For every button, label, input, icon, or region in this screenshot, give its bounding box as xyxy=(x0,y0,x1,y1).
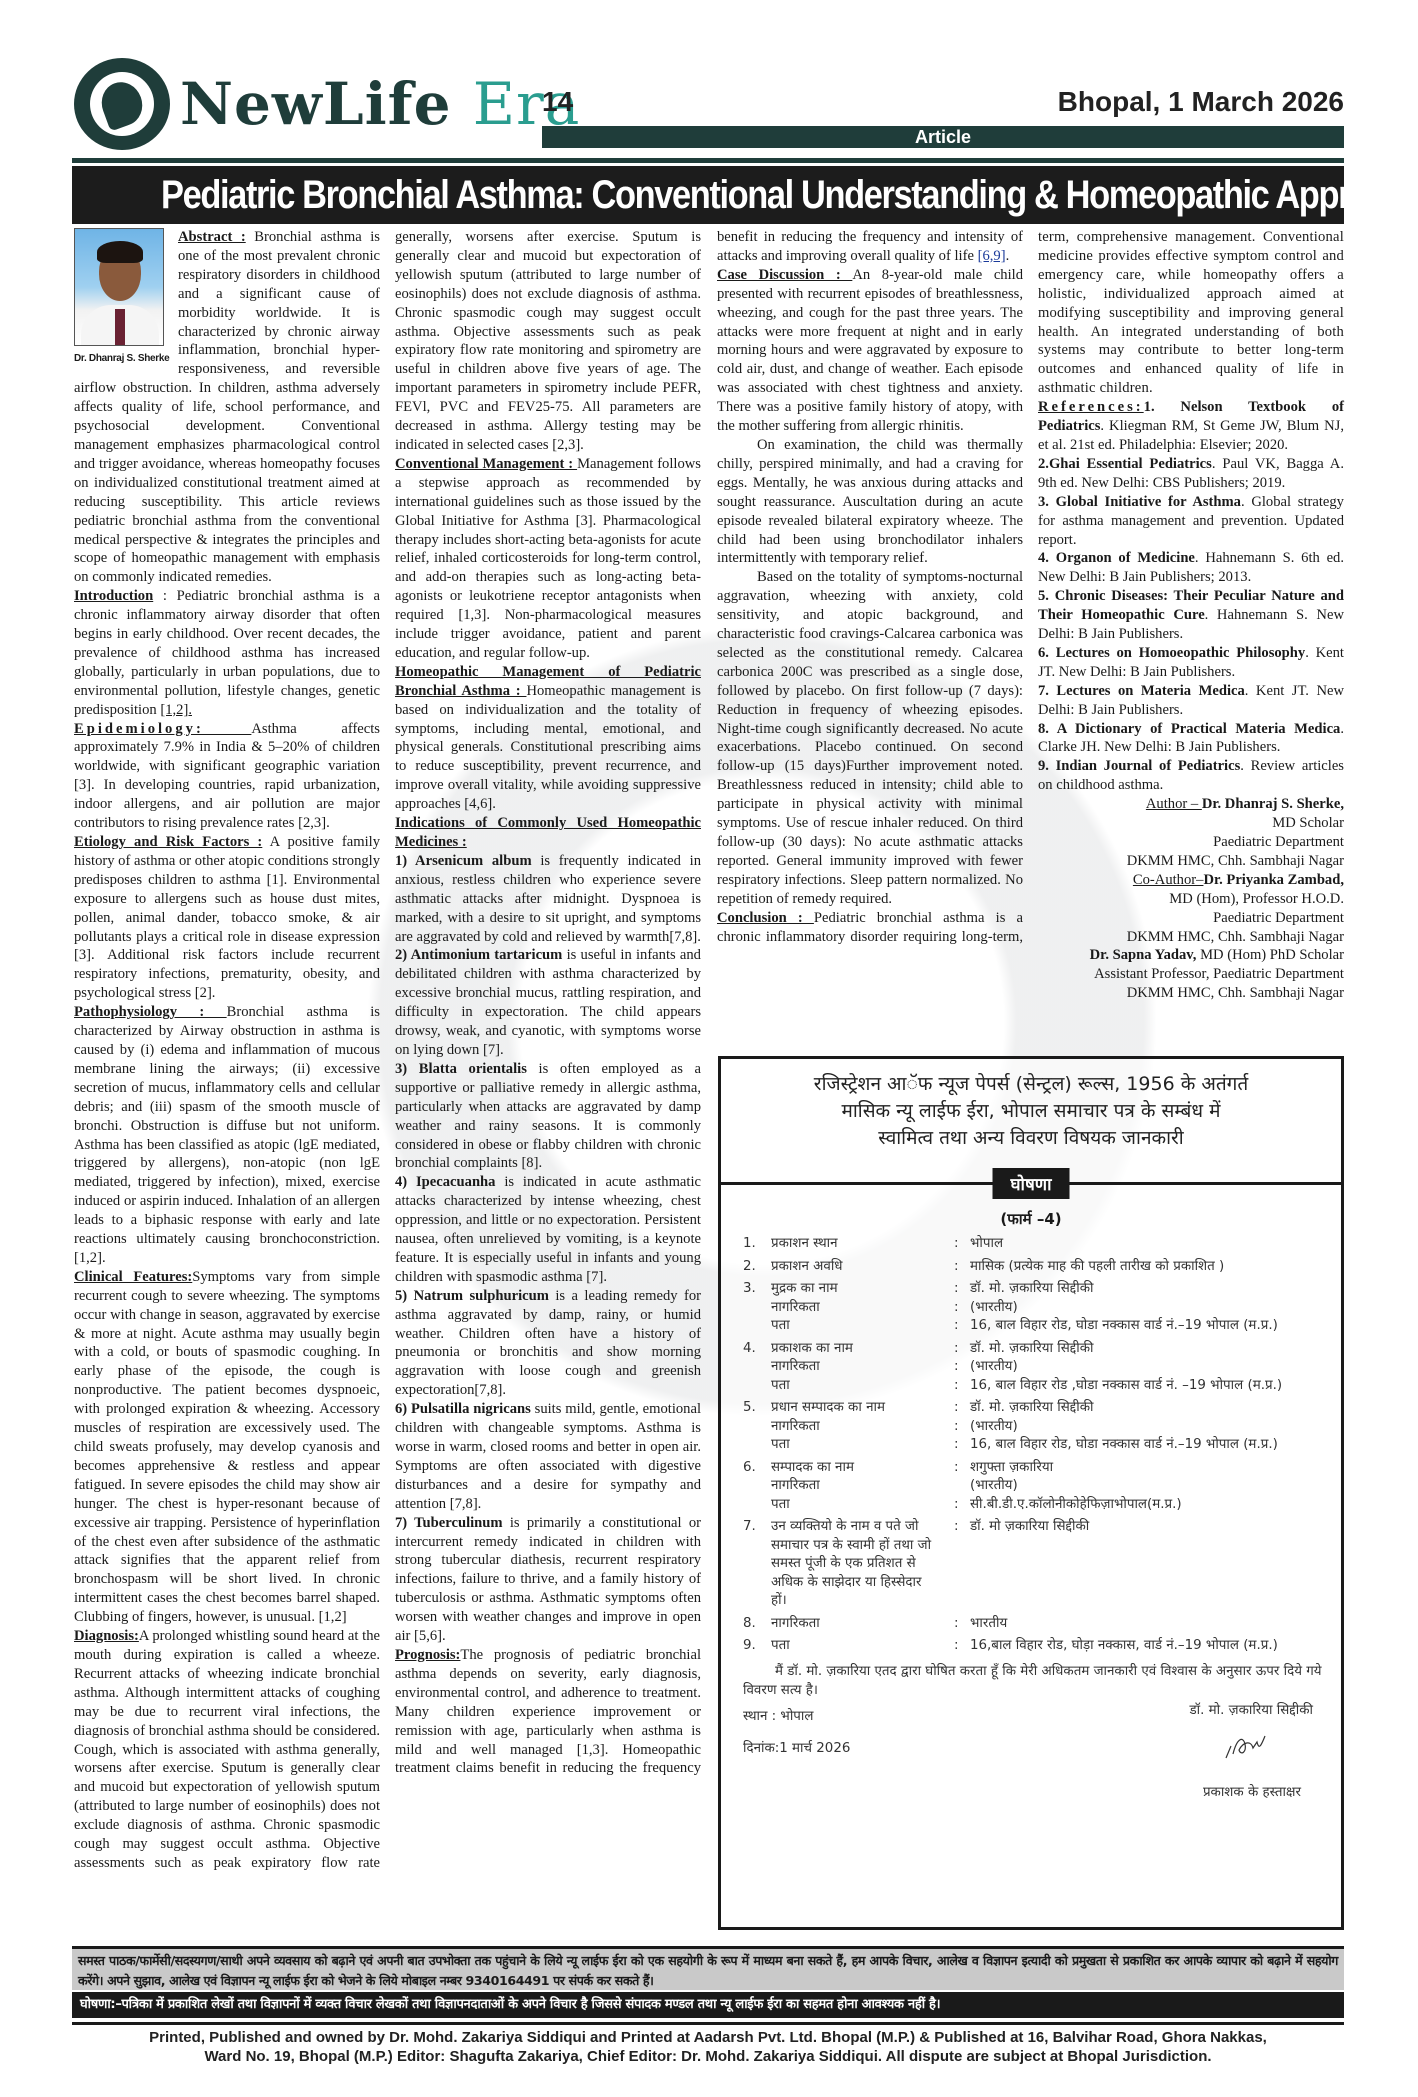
signatory-name: डॉ. मो. ज़कारिया सिद्दीकी xyxy=(1190,1700,1313,1718)
article-column-3: benefit in reducing the frequency and in… xyxy=(717,228,1023,947)
conclusion-paragraph: Conclusion : Pediatric bronchial asthma … xyxy=(717,909,1023,947)
masthead-divider xyxy=(72,158,1344,163)
conventional-management-heading: Conventional Management : xyxy=(395,456,577,472)
headline-banner: Pediatric Bronchial Asthma: Conventional… xyxy=(72,166,1344,224)
author-credits: Author – Dr. Dhanraj S. Sherke, MD Schol… xyxy=(1038,795,1344,1003)
introduction-heading: Introduction xyxy=(74,588,153,604)
declaration-row: 7.उन व्यक्तियो के नाम व पते जो समाचार पत… xyxy=(743,1518,1323,1611)
reference-item: 7. Lectures on Materia Medica. Kent JT. … xyxy=(1038,682,1344,720)
ownership-declaration-box: रजिस्ट्रेशन आॅफ न्यूज पेपर्स (सेन्ट्रल) … xyxy=(718,1056,1344,1930)
diagnosis-heading: Diagnosis: xyxy=(74,1628,139,1644)
declaration-row: 3.मुद्रक का नाम:डॉ. मो. ज़कारिया सिद्दीक… xyxy=(743,1280,1323,1299)
remedy-item: 7) Tuberculinum is primarily a constitut… xyxy=(395,1514,701,1646)
declaration-badge: घोषणा xyxy=(993,1168,1070,1199)
third-author-line: Dr. Sapna Yadav, MD (Hom) PhD Scholar xyxy=(1038,946,1344,965)
diagnosis-continued: generally, worsens after exercise. Sputu… xyxy=(395,228,701,455)
declaration-row: 6.सम्पादक का नाम:शगुफ्ता ज़कारिया xyxy=(743,1459,1323,1478)
disclaimer-banner: घोषणा:–पत्रिका में प्रकाशित लेखों तथा वि… xyxy=(72,1992,1344,2018)
declaration-row: नागरिकता:(भारतीय) xyxy=(743,1299,1323,1318)
epidemiology-paragraph: Epidemiology: Asthma affects approximate… xyxy=(74,720,380,833)
declaration-row: 4.प्रकाशक का नाम:डॉ. मो. ज़कारिया सिद्दी… xyxy=(743,1340,1323,1359)
declaration-row: 5.प्रधान सम्पादक का नाम:डॉ. मो. ज़कारिया… xyxy=(743,1399,1323,1418)
brand-main: NewLife xyxy=(180,70,452,138)
remedy-item: 5) Natrum sulphuricum is a leading remed… xyxy=(395,1287,701,1400)
abstract-heading: Abstract : xyxy=(178,229,246,245)
reference-item: 2.Ghai Essential Pediatrics. Paul VK, Ba… xyxy=(1038,455,1344,493)
case-discussion-heading: Case Discussion : xyxy=(717,267,852,283)
prognosis-heading: Prognosis: xyxy=(395,1647,460,1663)
remedy-item: 3) Blatta orientalis is often employed a… xyxy=(395,1060,701,1173)
author-name: Dr. Dhanraj S. Sherke, xyxy=(1202,796,1344,812)
form-label: (फार्म –4) xyxy=(721,1209,1341,1229)
declaration-row: नागरिकता(भारतीय) xyxy=(743,1477,1323,1496)
clinical-features-paragraph: Clinical Features:Symptoms vary from sim… xyxy=(74,1268,380,1627)
declaration-title: रजिस्ट्रेशन आॅफ न्यूज पेपर्स (सेन्ट्रल) … xyxy=(721,1059,1341,1158)
reference-item: 9. Indian Journal of Pediatrics. Review … xyxy=(1038,757,1344,795)
etiology-paragraph: Etiology and Risk Factors : A positive f… xyxy=(74,833,380,1003)
epidemiology-heading: Epidemiology: xyxy=(74,721,251,737)
masthead: NewLife Era 14 Bhopal, 1 March 2026 Arti… xyxy=(72,52,1344,152)
reference-item: 6. Lectures on Homoeopathic Philosophy. … xyxy=(1038,644,1344,682)
introduction-paragraph: Introduction : Pediatric bronchial asthm… xyxy=(74,587,380,719)
reference-item: References:1. Nelson Textbook of Pediatr… xyxy=(1038,398,1344,455)
declaration-row: 2.प्रकाशन अवधि:मासिक (प्रत्येक माह की पह… xyxy=(743,1258,1323,1277)
remedy-name: 5) Natrum sulphuricum xyxy=(395,1288,549,1304)
declaration-place: स्थान : भोपाल xyxy=(743,1706,813,1724)
etiology-heading: Etiology and Risk Factors : xyxy=(74,834,262,850)
author-photo-caption: Dr. Dhanraj S. Sherke xyxy=(74,350,170,369)
section-label: Article xyxy=(542,126,1344,148)
remedy-name: 3) Blatta orientalis xyxy=(395,1061,527,1077)
declaration-row: पता:16, बाल विहार रोड ,घोडा नक्कास वार्ड… xyxy=(743,1377,1323,1396)
reference-item: 3. Global Initiative for Asthma. Global … xyxy=(1038,493,1344,550)
declaration-row: 1.प्रकाशन स्थान:भोपाल xyxy=(743,1235,1323,1254)
declaration-divider: घोषणा xyxy=(721,1182,1341,1185)
print-imprint: Printed, Published and owned by Dr. Mohd… xyxy=(72,2028,1344,2066)
article-column-1: Dr. Dhanraj S. Sherke Abstract : Bronchi… xyxy=(74,228,380,1875)
reference-item: 5. Chronic Diseases: Their Peculiar Natu… xyxy=(1038,587,1344,644)
conclusion-continued: term, comprehensive management. Conventi… xyxy=(1038,228,1344,398)
coauthor-line: Co-Author–Dr. Priyanka Zambad, xyxy=(1038,871,1344,890)
declaration-footer: स्थान : भोपाल दिनांक:1 मार्च 2026 डॉ. मो… xyxy=(721,1700,1341,1820)
reference-item: 4. Organon of Medicine. Hahnemann S. 6th… xyxy=(1038,549,1344,587)
third-author-name: Dr. Sapna Yadav, xyxy=(1090,947,1197,963)
remedy-item: 4) Ipecacuanha is indicated in acute ast… xyxy=(395,1173,701,1286)
diagnosis-paragraph: Diagnosis:A prolonged whistling sound he… xyxy=(74,1627,380,1875)
newlife-logo-icon xyxy=(74,58,170,150)
reference-item: 8. A Dictionary of Practical Materia Med… xyxy=(1038,720,1344,758)
author-photo xyxy=(74,228,164,346)
article-column-4: term, comprehensive management. Conventi… xyxy=(1038,228,1344,1003)
pathophysiology-paragraph: Pathophysiology : Bronchial asthma is ch… xyxy=(74,1003,380,1268)
case-treatment-paragraph: Based on the totality of symptoms-noctur… xyxy=(717,568,1023,908)
coauthor-name: Dr. Priyanka Zambad, xyxy=(1203,872,1344,888)
declaration-row: पता:16, बाल विहार रोड, घोडा नक्कास वार्ड… xyxy=(743,1317,1323,1336)
citation-link[interactable]: [1,2]. xyxy=(160,702,192,718)
declaration-statement: मैं डॉ. मो. ज़कारिया एतद द्वारा घोषित कर… xyxy=(721,1656,1341,1700)
case-examination-paragraph: On examination, the child was thermally … xyxy=(717,436,1023,568)
article-headline: Pediatric Bronchial Asthma: Conventional… xyxy=(161,166,1255,224)
declaration-row: 8.नागरिकता:भारतीय xyxy=(743,1615,1323,1634)
dateline: Bhopal, 1 March 2026 xyxy=(1058,86,1344,118)
page-number: 14 xyxy=(542,86,573,118)
conclusion-heading: Conclusion : xyxy=(717,910,814,926)
article-column-2: generally, worsens after exercise. Sputu… xyxy=(395,228,701,1779)
remedy-name: 1) Arsenicum album xyxy=(395,853,532,869)
remedy-item: 2) Antimonium tartaricum is useful in in… xyxy=(395,946,701,1059)
conventional-management-paragraph: Conventional Management : Management fol… xyxy=(395,455,701,663)
declaration-row: 9.पता:16,बाल विहार रोड, घोड़ा नक्कास, वा… xyxy=(743,1637,1323,1656)
clinical-features-heading: Clinical Features: xyxy=(74,1269,192,1285)
declaration-date: दिनांक:1 मार्च 2026 xyxy=(743,1738,850,1756)
pathophysiology-heading: Pathophysiology : xyxy=(74,1004,227,1020)
remedy-item: 1) Arsenicum album is frequently indicat… xyxy=(395,852,701,947)
signature-icon xyxy=(1221,1728,1271,1768)
references-heading: References: xyxy=(1038,399,1144,415)
declaration-row: पता:सी.बी.डी.ए.कॉलोनीकोहेफिज़ाभोपाल(म.प्… xyxy=(743,1496,1323,1515)
prognosis-paragraph: Prognosis:The prognosis of pediatric bro… xyxy=(395,1646,701,1779)
declaration-row: पता:16, बाल विहार रोड, घोडा नक्कास वार्ड… xyxy=(743,1436,1323,1455)
remedy-item: 6) Pulsatilla nigricans suits mild, gent… xyxy=(395,1400,701,1513)
remedy-name: 2) Antimonium tartaricum xyxy=(395,947,562,963)
homeopathic-management-paragraph: Homeopathic Management of Pediatric Bron… xyxy=(395,663,701,814)
case-discussion-paragraph: Case Discussion : An 8-year-old male chi… xyxy=(717,266,1023,436)
signature-label: प्रकाशक के हस्ताक्षर xyxy=(1203,1782,1301,1800)
reader-notice-banner: समस्त पाठक/फार्मेसी/सदस्यगण/साथी अपने व्… xyxy=(72,1946,1344,1990)
declaration-rows: 1.प्रकाशन स्थान:भोपाल 2.प्रकाशन अवधि:मास… xyxy=(721,1235,1341,1656)
author-photo-block: Dr. Dhanraj S. Sherke xyxy=(74,228,170,369)
declaration-row: नागरिकता:(भारतीय) xyxy=(743,1418,1323,1437)
remedy-name: 6) Pulsatilla nigricans xyxy=(395,1401,531,1417)
indications-heading: Indications of Commonly Used Homeopathic… xyxy=(395,814,701,852)
remedy-name: 4) Ipecacuanha xyxy=(395,1174,495,1190)
newspaper-page: NewLife Era 14 Bhopal, 1 March 2026 Arti… xyxy=(72,52,1344,2072)
citation-link[interactable]: [6,9] xyxy=(978,248,1006,264)
remedy-name: 7) Tuberculinum xyxy=(395,1515,503,1531)
declaration-row: नागरिकता:(भारतीय) xyxy=(743,1358,1323,1377)
footer-divider xyxy=(72,2022,1344,2025)
brand-wordmark: NewLife Era xyxy=(180,70,580,138)
prognosis-continued: benefit in reducing the frequency and in… xyxy=(717,228,1023,266)
author-line: Author – Dr. Dhanraj S. Sherke, xyxy=(1038,795,1344,814)
